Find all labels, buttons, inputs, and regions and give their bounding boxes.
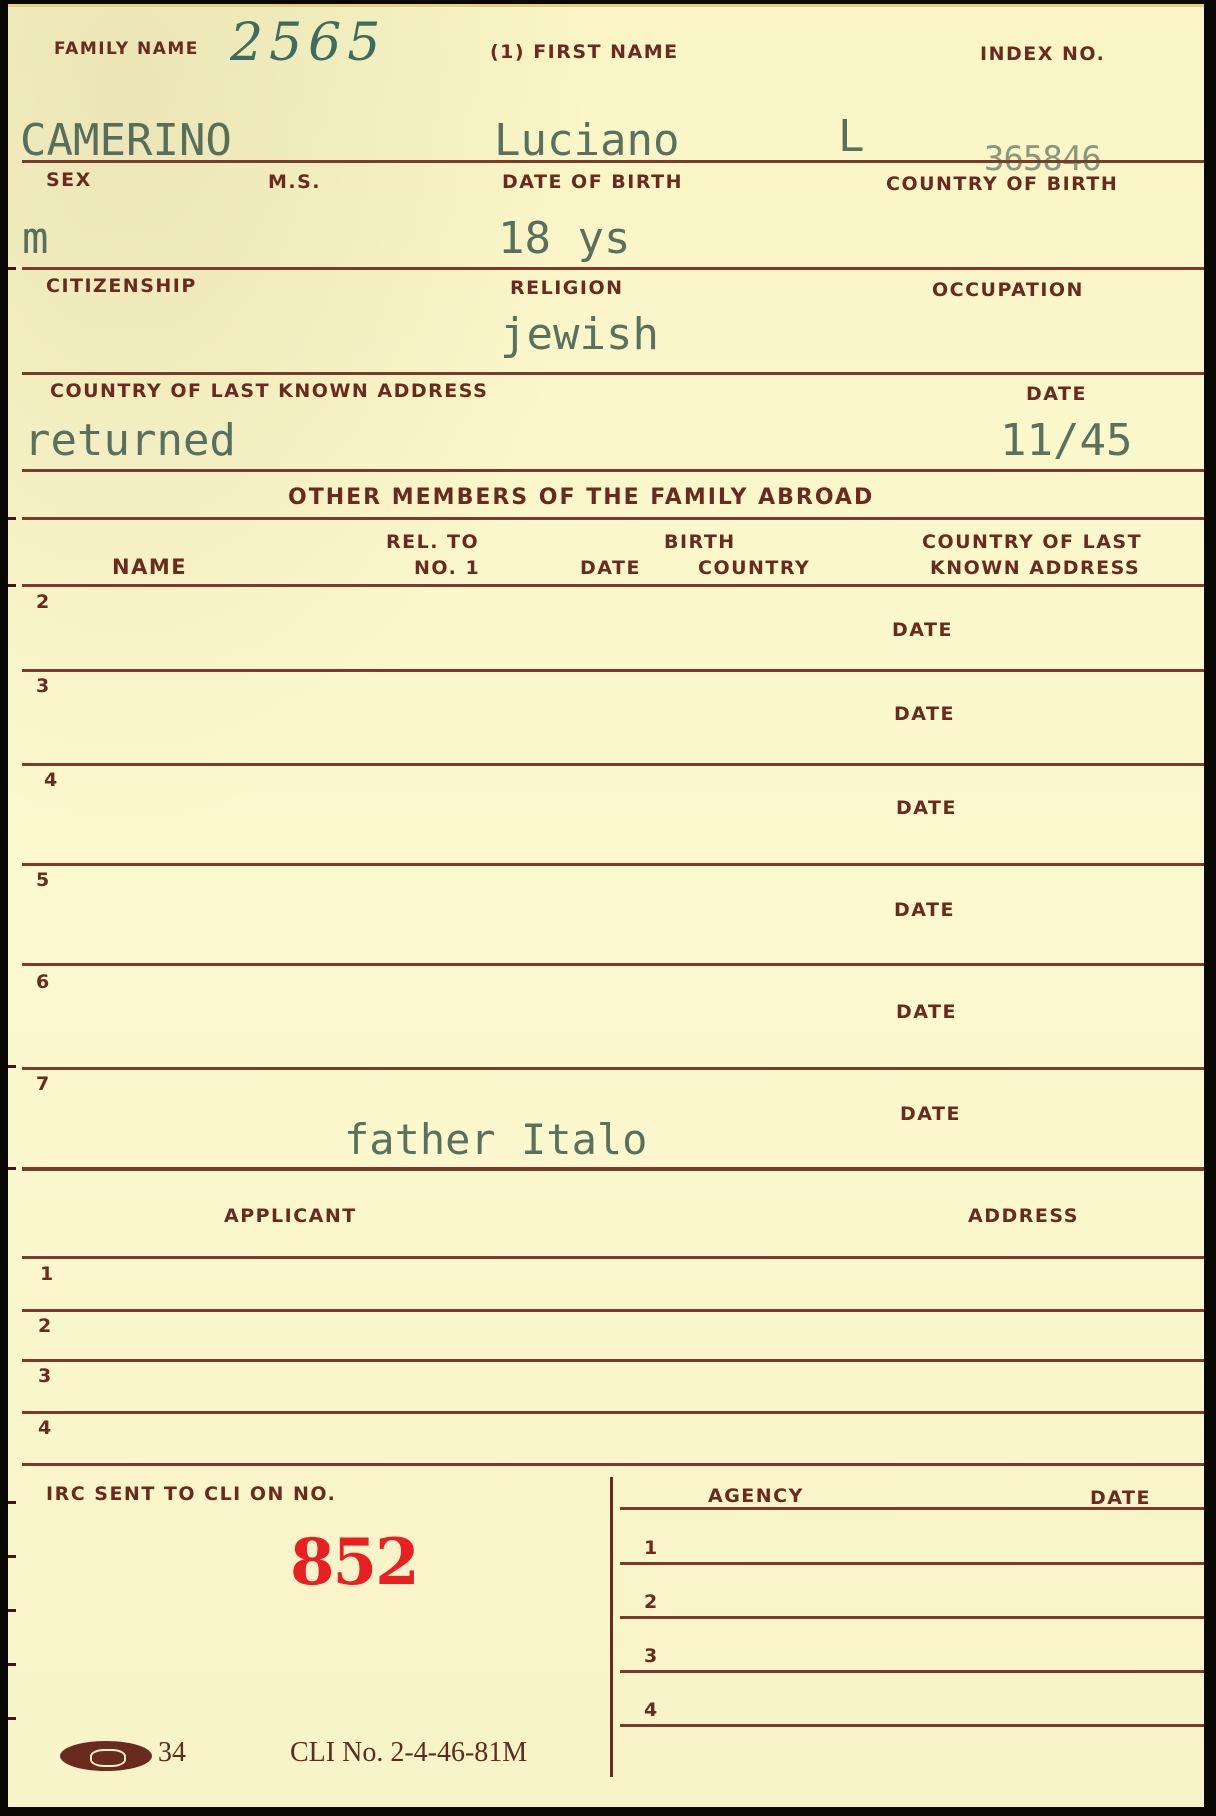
edge-tick <box>8 1555 16 1558</box>
middle-initial-value: L <box>838 111 865 162</box>
edge-tick <box>8 1167 16 1170</box>
member-row-value: father Italo <box>344 1115 647 1164</box>
applicant-row-number: 1 <box>40 1263 55 1285</box>
country-last-address-value: returned <box>24 415 236 466</box>
index-no-label: INDEX NO. <box>980 43 1105 65</box>
edge-tick <box>8 1717 16 1720</box>
divider <box>22 584 1204 587</box>
family-name-value: CAMERINO <box>20 115 232 166</box>
col-birth-country-header: COUNTRY <box>698 557 810 579</box>
divider <box>620 1724 1204 1727</box>
handwritten-number: 2565 <box>230 13 386 73</box>
member-row-date-label: DATE <box>894 899 955 921</box>
divider <box>22 1167 1204 1171</box>
applicant-row-number: 4 <box>38 1417 53 1439</box>
index-card: FAMILY NAME 2565 (1) FIRST NAME INDEX NO… <box>8 4 1204 1807</box>
agency-row-number: 4 <box>644 1699 659 1721</box>
edge-tick <box>8 1663 16 1666</box>
member-row-number: 6 <box>36 971 51 993</box>
applicant-label: APPLICANT <box>224 1205 357 1227</box>
member-row-number: 5 <box>36 869 51 891</box>
agency-row-number: 1 <box>644 1537 659 1559</box>
divider <box>22 160 1204 163</box>
religion-value: jewish <box>500 309 659 360</box>
country-last-address-label: COUNTRY OF LAST KNOWN ADDRESS <box>50 380 488 402</box>
edge-tick <box>8 584 16 587</box>
form-number: CLI No. 2-4-46-81M <box>290 1737 527 1769</box>
col-rel-header-1: REL. TO <box>386 531 479 553</box>
address-label: ADDRESS <box>968 1205 1079 1227</box>
family-name-label: FAMILY NAME <box>54 39 199 59</box>
edge-tick <box>8 1609 16 1612</box>
country-of-birth-label: COUNTRY OF BIRTH <box>886 173 1118 195</box>
ms-label: M.S. <box>268 171 321 193</box>
divider <box>620 1562 1204 1565</box>
divider <box>22 1411 1204 1414</box>
irc-label: IRC SENT TO CLI ON NO. <box>46 1483 336 1505</box>
applicant-row-number: 3 <box>38 1365 53 1387</box>
irc-stamp-number: 852 <box>290 1525 418 1600</box>
divider <box>22 469 1204 472</box>
divider <box>22 763 1204 766</box>
divider <box>22 669 1204 672</box>
col-birth-header: BIRTH <box>664 531 736 553</box>
divider <box>620 1507 1204 1510</box>
member-row-date-label: DATE <box>896 797 957 819</box>
divider <box>620 1670 1204 1673</box>
edge-tick <box>8 1501 16 1504</box>
col-country-header-2: KNOWN ADDRESS <box>930 557 1140 579</box>
member-row-date-label: DATE <box>900 1103 961 1125</box>
member-row-number: 4 <box>44 769 59 791</box>
sex-label: SEX <box>46 169 92 191</box>
edge-tick <box>8 1065 16 1068</box>
member-row-date-label: DATE <box>894 703 955 725</box>
citizenship-label: CITIZENSHIP <box>46 275 197 297</box>
first-name-value: Luciano <box>494 115 679 166</box>
family-abroad-title: OTHER MEMBERS OF THE FAMILY ABROAD <box>288 485 874 510</box>
dob-value: 18 ys <box>498 213 630 264</box>
divider <box>22 863 1204 866</box>
member-row-date-label: DATE <box>896 1001 957 1023</box>
divider <box>22 1309 1204 1312</box>
member-row-number: 7 <box>36 1073 51 1095</box>
divider <box>22 963 1204 966</box>
divider <box>22 372 1204 375</box>
agency-label: AGENCY <box>708 1485 804 1507</box>
member-row-number: 2 <box>36 591 51 613</box>
col-rel-header-2: NO. 1 <box>414 557 480 579</box>
edge-tick <box>8 517 16 520</box>
union-label-number: 34 <box>158 1737 186 1769</box>
divider <box>620 1616 1204 1619</box>
applicant-row-number: 2 <box>38 1315 53 1337</box>
divider <box>22 1067 1204 1070</box>
col-birth-date-header: DATE <box>580 557 641 579</box>
date-value: 11/45 <box>1000 415 1132 466</box>
divider <box>22 1359 1204 1362</box>
religion-label: RELIGION <box>510 277 624 299</box>
member-row-number: 3 <box>36 675 51 697</box>
agency-row-number: 3 <box>644 1645 659 1667</box>
first-name-label: (1) FIRST NAME <box>490 41 679 63</box>
divider <box>22 267 1204 270</box>
edge-tick <box>8 267 16 270</box>
occupation-label: OCCUPATION <box>932 279 1084 301</box>
agency-row-number: 2 <box>644 1591 659 1613</box>
col-name-header: NAME <box>112 555 187 579</box>
col-country-header-1: COUNTRY OF LAST <box>922 531 1142 553</box>
divider <box>22 517 1204 520</box>
dob-label: DATE OF BIRTH <box>502 171 683 193</box>
union-label-icon <box>60 1741 152 1771</box>
divider <box>22 1256 1204 1259</box>
member-row-date-label: DATE <box>892 619 953 641</box>
section-divider <box>610 1477 613 1777</box>
divider <box>22 1463 1204 1466</box>
agency-date-label: DATE <box>1090 1487 1151 1509</box>
sex-value: m <box>22 213 49 264</box>
date-label: DATE <box>1026 383 1087 405</box>
